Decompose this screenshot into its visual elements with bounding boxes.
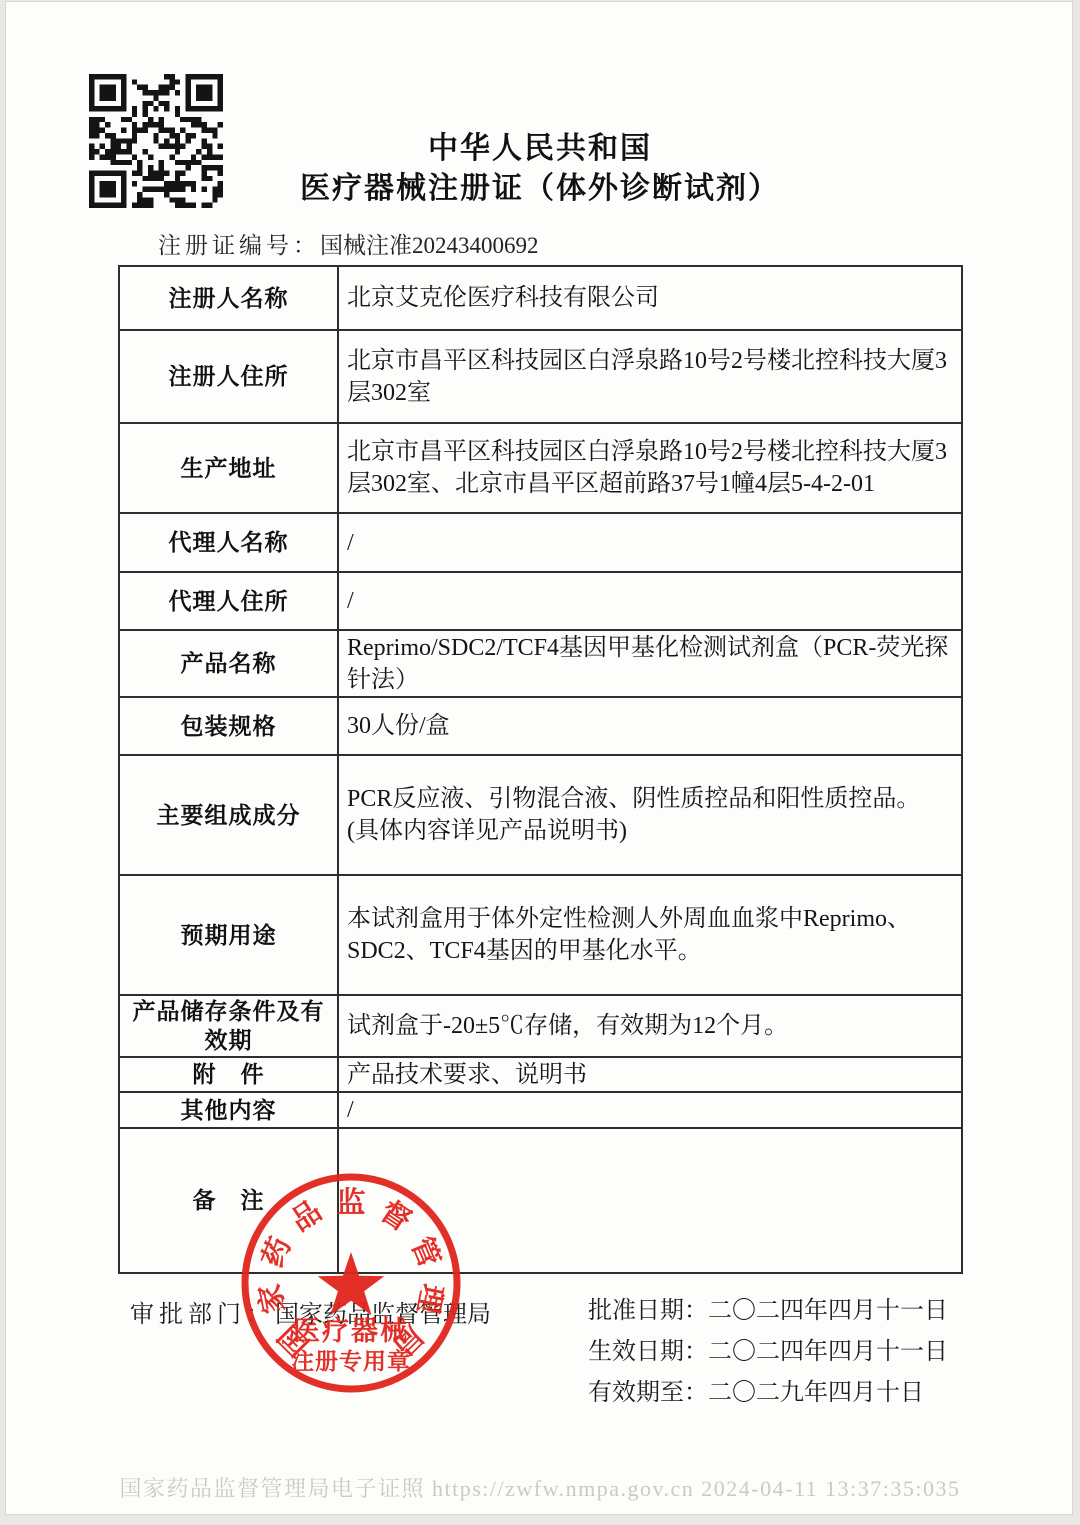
table-row: 代理人名称 / (120, 512, 961, 571)
title-line-1: 中华人民共和国 (0, 129, 1080, 169)
row-value: / (339, 514, 961, 571)
table-row: 预期用途 本试剂盒用于体外定性检测人外周血血浆中Reprimo、SDC2、TCF… (120, 874, 961, 994)
table-row: 代理人住所 / (120, 571, 961, 629)
row-label: 预期用途 (120, 876, 339, 994)
svg-text:督: 督 (374, 1194, 416, 1238)
table-row: 注册人住所 北京市昌平区科技园区白浮泉路10号2号楼北控科技大厦3层302室 (120, 329, 961, 422)
approval-date-line: 批准日期：二〇二四年四月十一日 (588, 1291, 948, 1332)
row-label: 代理人住所 (120, 573, 339, 629)
svg-text:品: 品 (285, 1194, 327, 1238)
stamp-center-line1: 医疗器械 (293, 1316, 409, 1346)
row-value: 北京市昌平区科技园区白浮泉路10号2号楼北控科技大厦3层302室 (339, 331, 961, 422)
row-value: 30人份/盒 (339, 698, 961, 754)
row-label: 其他内容 (120, 1093, 339, 1127)
official-stamp: 国家药品监督管理局 医疗器械 注册专用章 (238, 1170, 464, 1396)
row-value: 北京市昌平区科技园区白浮泉路10号2号楼北控科技大厦3层302室、北京市昌平区超… (339, 424, 961, 512)
table-row: 注册人名称 北京艾克伦医疗科技有限公司 (120, 267, 961, 329)
row-value: Reprimo/SDC2/TCF4基因甲基化检测试剂盒（PCR-荧光探针法） (339, 631, 961, 696)
certificate-number: 注册证编号：国械注准20243400692 (158, 227, 539, 260)
table-row: 包装规格 30人份/盒 (120, 696, 961, 754)
approval-dates: 批准日期：二〇二四年四月十一日 生效日期：二〇二四年四月十一日 有效期至：二〇二… (588, 1291, 948, 1414)
expiry-date-value: 二〇二九年四月十日 (708, 1380, 924, 1406)
row-label: 注册人名称 (120, 267, 339, 329)
row-label: 主要组成成分 (120, 756, 339, 874)
row-label: 附 件 (120, 1058, 339, 1091)
expiry-date-label: 有效期至： (588, 1380, 708, 1406)
row-label: 代理人名称 (120, 514, 339, 571)
page-title: 中华人民共和国 医疗器械注册证（体外诊断试剂） (0, 129, 1080, 209)
row-label: 产品名称 (120, 631, 339, 696)
table-row: 产品名称 Reprimo/SDC2/TCF4基因甲基化检测试剂盒（PCR-荧光探… (120, 629, 961, 696)
svg-text:家: 家 (253, 1281, 291, 1316)
svg-text:理: 理 (411, 1281, 448, 1317)
certificate-table: 注册人名称 北京艾克伦医疗科技有限公司 注册人住所 北京市昌平区科技园区白浮泉路… (118, 265, 963, 1274)
table-row: 其他内容 / (120, 1091, 961, 1127)
row-value: PCR反应液、引物混合液、阴性质控品和阳性质控品。(具体内容详见产品说明书) (339, 756, 961, 874)
row-value: 试剂盒于-20±5℃存储，有效期为12个月。 (339, 996, 961, 1056)
row-value: 北京艾克伦医疗科技有限公司 (339, 267, 961, 329)
svg-text:药: 药 (256, 1232, 298, 1271)
effective-date-label: 生效日期： (588, 1339, 708, 1365)
effective-date-value: 二〇二四年四月十一日 (708, 1339, 948, 1365)
stamp-center-line2: 注册专用章 (291, 1348, 411, 1374)
svg-text:管: 管 (405, 1232, 447, 1271)
row-label: 生产地址 (120, 424, 339, 512)
table-row: 主要组成成分 PCR反应液、引物混合液、阴性质控品和阳性质控品。(具体内容详见产… (120, 754, 961, 874)
title-line-2: 医疗器械注册证（体外诊断试剂） (0, 169, 1080, 209)
row-value: / (339, 573, 961, 629)
row-value: / (339, 1093, 961, 1127)
certificate-number-value: 国械注准20243400692 (320, 233, 539, 258)
row-label: 包装规格 (120, 698, 339, 754)
expiry-date-line: 有效期至：二〇二九年四月十日 (588, 1373, 948, 1414)
row-label: 产品储存条件及有效期 (120, 996, 339, 1056)
row-value: 本试剂盒用于体外定性检测人外周血血浆中Reprimo、SDC2、TCF4基因的甲… (339, 876, 961, 994)
certificate-number-label: 注册证编号： (158, 233, 320, 258)
row-label: 注册人住所 (120, 331, 339, 422)
footer-watermark: 国家药品监督管理局电子证照 https://zwfw.nmpa.gov.cn 2… (0, 1472, 1080, 1503)
table-row: 生产地址 北京市昌平区科技园区白浮泉路10号2号楼北控科技大厦3层302室、北京… (120, 422, 961, 512)
row-value: 产品技术要求、说明书 (339, 1058, 961, 1091)
certificate-page: { "header": { "title_line1": "中华人民共和国", … (0, 0, 1080, 1525)
svg-text:监: 监 (336, 1186, 365, 1219)
effective-date-line: 生效日期：二〇二四年四月十一日 (588, 1332, 948, 1373)
table-row: 产品储存条件及有效期 试剂盒于-20±5℃存储，有效期为12个月。 (120, 994, 961, 1056)
red-star-icon (318, 1252, 385, 1315)
table-row: 附 件 产品技术要求、说明书 (120, 1056, 961, 1091)
approval-date-label: 批准日期： (588, 1298, 708, 1324)
approval-date-value: 二〇二四年四月十一日 (708, 1298, 948, 1324)
